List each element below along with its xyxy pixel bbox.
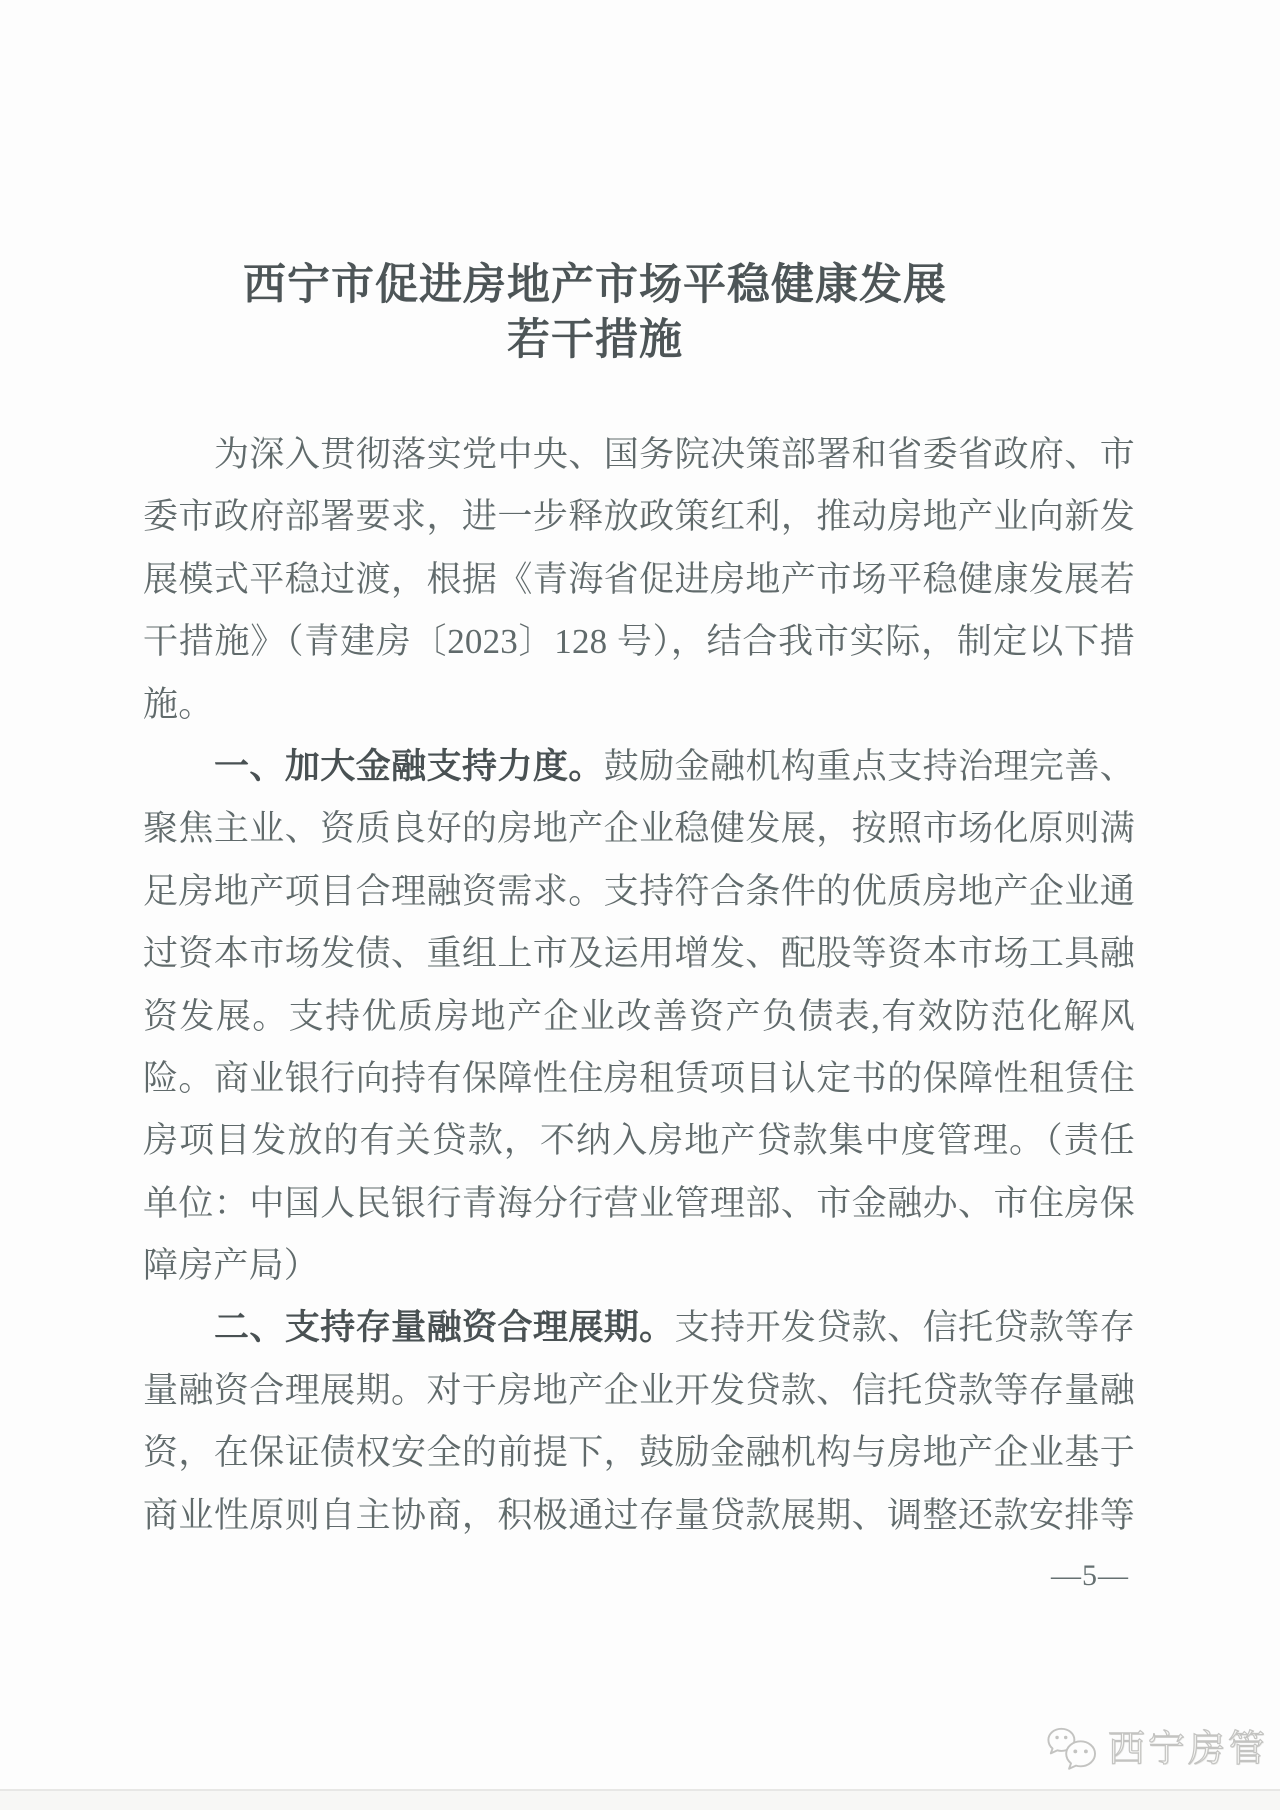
body-line: 资，在保证债权安全的前提下，鼓励金融机构与房地产企业基于 [143,1422,1135,1484]
document-title-line1: 西宁市促进房地产市场平稳健康发展 [0,258,1190,313]
line-text: 资，在保证债权安全的前提下，鼓励金融机构与房地产企业基于 [143,1433,1135,1472]
line-text: 支持开发贷款、信托贷款等存 [675,1308,1135,1347]
line-text: 房项目发放的有关贷款，不纳入房地产贷款集中度管理。（责任 [143,1121,1135,1160]
footer-brand-text: 西宁房管 [1108,1724,1268,1774]
line-text: 展模式平稳过渡，根据《青海省促进房地产市场平稳健康发展若 [143,560,1135,599]
line-text: 资发展。支持优质房地产企业改善资产负债表,有效防范化解风 [143,997,1135,1036]
line-text: 为深入贯彻落实党中央、国务院决策部署和省委省政府、市 [214,435,1135,474]
section-1-heading: 一、加大金融支持力度。 [214,747,604,786]
scan-edge-strip [0,1791,1280,1810]
document-body: 为深入贯彻落实党中央、国务院决策部署和省委省政府、市 委市政府部署要求，进一步释… [143,424,1135,1547]
body-line: 障房产局） [143,1235,1135,1297]
body-line: 足房地产项目合理融资需求。支持符合条件的优质房地产企业通 [143,861,1135,923]
body-line: 干措施》（青建房〔2023〕128 号），结合我市实际，制定以下措 [143,611,1135,673]
body-line: 过资本市场发债、重组上市及运用增发、配股等资本市场工具融 [143,923,1135,985]
line-text: 委市政府部署要求，进一步释放政策红利，推动房地产业向新发 [143,497,1135,536]
line-text: 量融资合理展期。对于房地产企业开发贷款、信托贷款等存量融 [143,1371,1135,1410]
body-line: 商业性原则自主协商，积极通过存量贷款展期、调整还款安排等 [143,1485,1135,1547]
body-line: 委市政府部署要求，进一步释放政策红利，推动房地产业向新发 [143,486,1135,548]
section-2-heading: 二、支持存量融资合理展期。 [214,1308,675,1347]
line-text: 过资本市场发债、重组上市及运用增发、配股等资本市场工具融 [143,934,1135,973]
body-line: 施。 [143,674,1135,736]
body-line: 房项目发放的有关贷款，不纳入房地产贷款集中度管理。（责任 [143,1110,1135,1172]
body-line: 险。商业银行向持有保障性住房租赁项目认定书的保障性租赁住 [143,1048,1135,1110]
line-text: 险。商业银行向持有保障性住房租赁项目认定书的保障性租赁住 [143,1059,1135,1098]
page-number: —5— [1030,1558,1150,1594]
body-line: 为深入贯彻落实党中央、国务院决策部署和省委省政府、市 [143,424,1135,486]
line-text: 施。 [143,685,213,724]
body-line: 展模式平稳过渡，根据《青海省促进房地产市场平稳健康发展若 [143,549,1135,611]
line-text: 聚焦主业、资质良好的房地产企业稳健发展，按照市场化原则满 [143,809,1135,848]
line-text: 单位：中国人民银行青海分行营业管理部、市金融办、市住房保 [143,1184,1135,1223]
body-line: 单位：中国人民银行青海分行营业管理部、市金融办、市住房保 [143,1173,1135,1235]
line-text: 足房地产项目合理融资需求。支持符合条件的优质房地产企业通 [143,872,1135,911]
line-text: 鼓励金融机构重点支持治理完善、 [604,747,1135,786]
body-line: 一、加大金融支持力度。鼓励金融机构重点支持治理完善、 [143,736,1135,798]
document-title: 西宁市促进房地产市场平稳健康发展 若干措施 [0,258,1190,368]
line-text: 商业性原则自主协商，积极通过存量贷款展期、调整还款安排等 [143,1496,1135,1535]
scanned-document-page: 西宁市促进房地产市场平稳健康发展 若干措施 为深入贯彻落实党中央、国务院决策部署… [0,0,1280,1810]
line-text: 干措施》（青建房〔2023〕128 号），结合我市实际，制定以下措 [143,622,1135,661]
wechat-chat-bubbles-icon [1042,1724,1100,1774]
body-line: 量融资合理展期。对于房地产企业开发贷款、信托贷款等存量融 [143,1360,1135,1422]
body-line: 二、支持存量融资合理展期。支持开发贷款、信托贷款等存 [143,1297,1135,1359]
body-line: 聚焦主业、资质良好的房地产企业稳健发展，按照市场化原则满 [143,798,1135,860]
footer-brand: 西宁房管 [1042,1724,1268,1774]
body-line: 资发展。支持优质房地产企业改善资产负债表,有效防范化解风 [143,986,1135,1048]
line-text: 障房产局） [143,1246,319,1285]
document-title-line2: 若干措施 [0,313,1190,368]
